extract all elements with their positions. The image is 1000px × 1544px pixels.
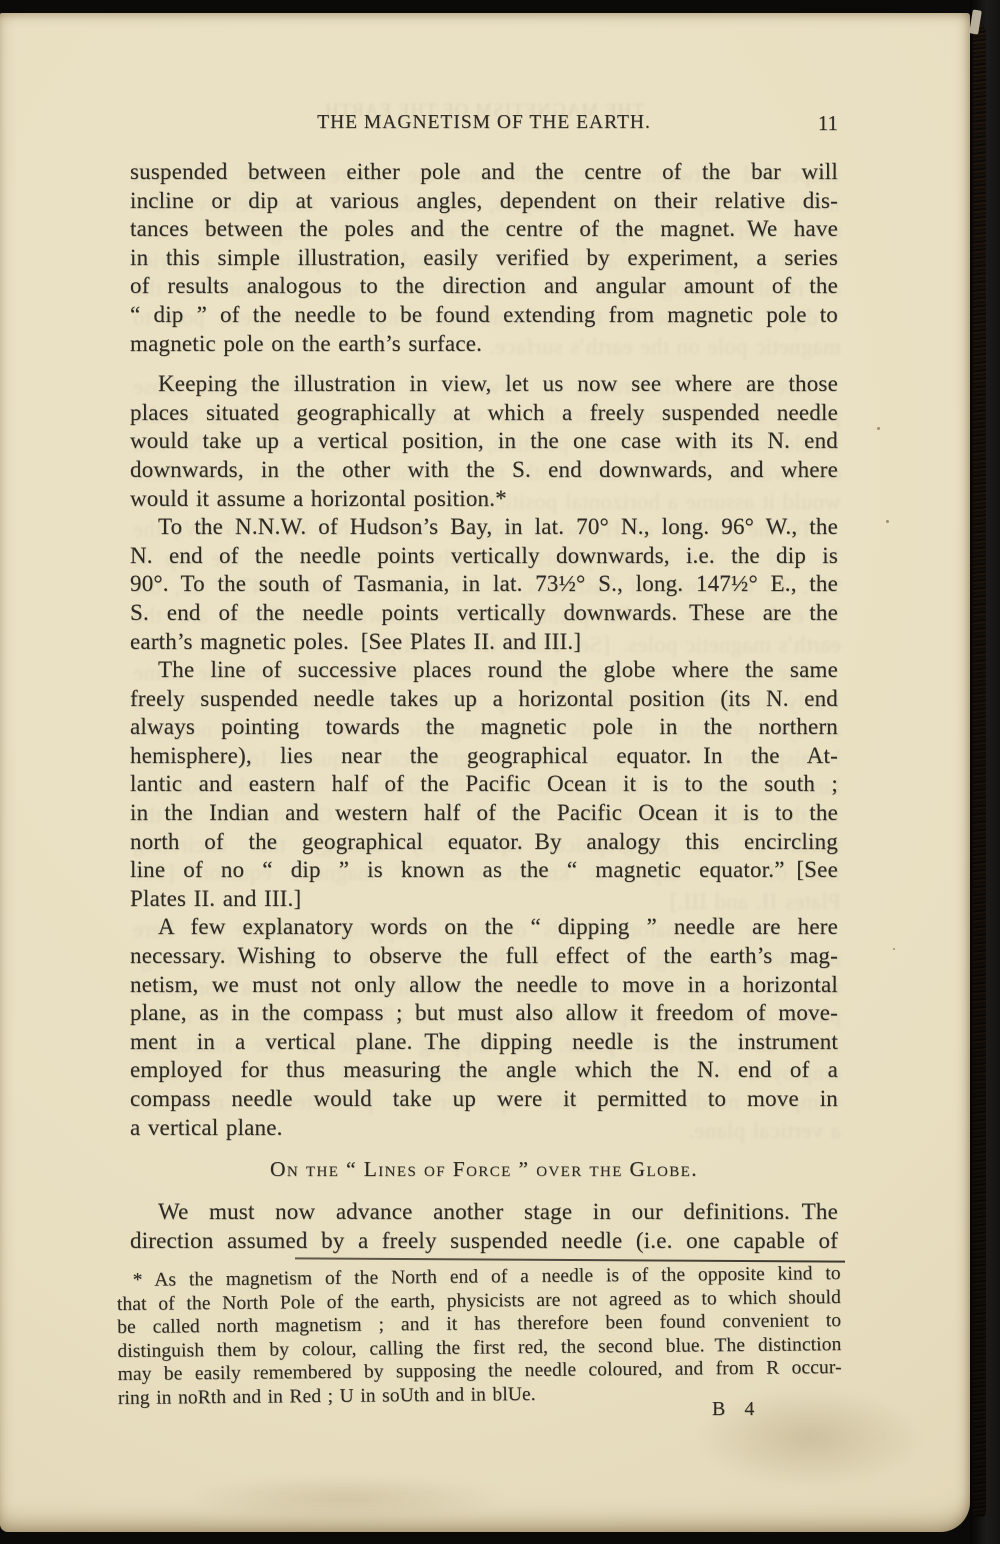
text-line: hemisphere), lies near the geographical …	[130, 742, 838, 771]
text-line: “ dip ” of the needle to be found extend…	[130, 301, 838, 330]
page-stain	[130, 1468, 560, 1528]
text-line: a vertical plane.	[130, 1114, 838, 1143]
paragraph: suspended between either pole and the ce…	[130, 158, 838, 358]
text-line: plane, as in the compass ; but must also…	[130, 999, 838, 1028]
paper-speck	[893, 948, 895, 950]
text-line: magnetic pole on the earth’s surface.	[130, 330, 838, 359]
paragraph: To the N.N.W. of Hudson’s Bay, in lat. 7…	[130, 513, 838, 656]
text-line: would take up a vertical position, in th…	[130, 427, 838, 456]
paper-speck	[877, 427, 880, 430]
text-line: in the Indian and western half of the Pa…	[130, 799, 838, 828]
text-line: lantic and eastern half of the Pacific O…	[130, 770, 838, 799]
page: THE MAGNETISM OF THE EARTH THE MAGNETISM…	[0, 13, 970, 1532]
text-line: N. end of the needle points vertically d…	[130, 542, 838, 571]
signature-mark: B 4	[712, 1398, 761, 1421]
text-line: netism, we must not only allow the needl…	[130, 971, 838, 1000]
page-number: 11	[818, 111, 838, 136]
text-line: always pointing towards the magnetic pol…	[130, 713, 838, 742]
section-paragraph-body: We must now advance another stage in our…	[130, 1198, 838, 1255]
text-line: north of the geographical equator. By an…	[130, 828, 838, 857]
book-cover-edge	[970, 0, 1000, 1544]
text-line: suspended between either pole and the ce…	[130, 158, 838, 187]
book-edge-texture	[973, 26, 986, 1518]
text-line: line of no “ dip ” is known as the “ mag…	[130, 856, 838, 885]
text-line: would it assume a horizontal position.*	[130, 485, 838, 514]
text-line: tances between the poles and the centre …	[130, 215, 838, 244]
text-line: earth’s magnetic poles. [See Plates II. …	[130, 628, 838, 657]
text-line: in this simple illustration, easily veri…	[130, 244, 838, 273]
text-line: downwards, in the other with the S. end …	[130, 456, 838, 485]
text-line: Keeping the illustration in view, let us…	[130, 370, 838, 399]
text-line: A few explanatory words on the “ dipping…	[130, 913, 838, 942]
paper-speck	[886, 520, 889, 523]
text-line: 90°. To the south of Tasmania, in lat. 7…	[130, 570, 838, 599]
footnote-rule	[295, 1257, 845, 1262]
text-line: of results analogous to the direction an…	[130, 272, 838, 301]
text-line: To the N.N.W. of Hudson’s Bay, in lat. 7…	[130, 513, 838, 542]
scanned-book-page: THE MAGNETISM OF THE EARTH THE MAGNETISM…	[0, 0, 1000, 1544]
running-header: THE MAGNETISM OF THE EARTH. 11	[130, 112, 838, 142]
text-line: direction assumed by a freely suspended …	[130, 1227, 838, 1256]
footnote-body: * As the magnetism of the North end of a…	[117, 1262, 842, 1410]
section-paragraph: We must now advance another stage in our…	[130, 1198, 838, 1255]
paragraph: The line of successive places round the …	[130, 656, 838, 913]
paragraph: A few explanatory words on the “ dipping…	[130, 913, 838, 1142]
text-line: compass needle would take up were it per…	[130, 1085, 838, 1114]
text-line: S. end of the needle points vertically d…	[130, 599, 838, 628]
text-line: employed for thus measuring the angle wh…	[130, 1056, 838, 1085]
text-line: necessary. Wishing to observe the full e…	[130, 942, 838, 971]
paragraph: Keeping the illustration in view, let us…	[130, 370, 838, 513]
text-line: places situated geographically at which …	[130, 399, 838, 428]
section-heading: On the “ Lines of Force ” over the Globe…	[130, 1157, 838, 1182]
text-line: incline or dip at various angles, depend…	[130, 187, 838, 216]
text-line: We must now advance another stage in our…	[130, 1198, 838, 1227]
running-title: THE MAGNETISM OF THE EARTH.	[317, 112, 651, 142]
text-line: The line of successive places round the …	[130, 656, 838, 685]
body-column: suspended between either pole and the ce…	[130, 158, 838, 1142]
footnote: * As the magnetism of the North end of a…	[117, 1262, 842, 1410]
text-line: freely suspended needle takes up a horiz…	[130, 685, 838, 714]
text-line: ment in a vertical plane. The dipping ne…	[130, 1028, 838, 1057]
text-line: Plates II. and III.]	[130, 885, 838, 914]
